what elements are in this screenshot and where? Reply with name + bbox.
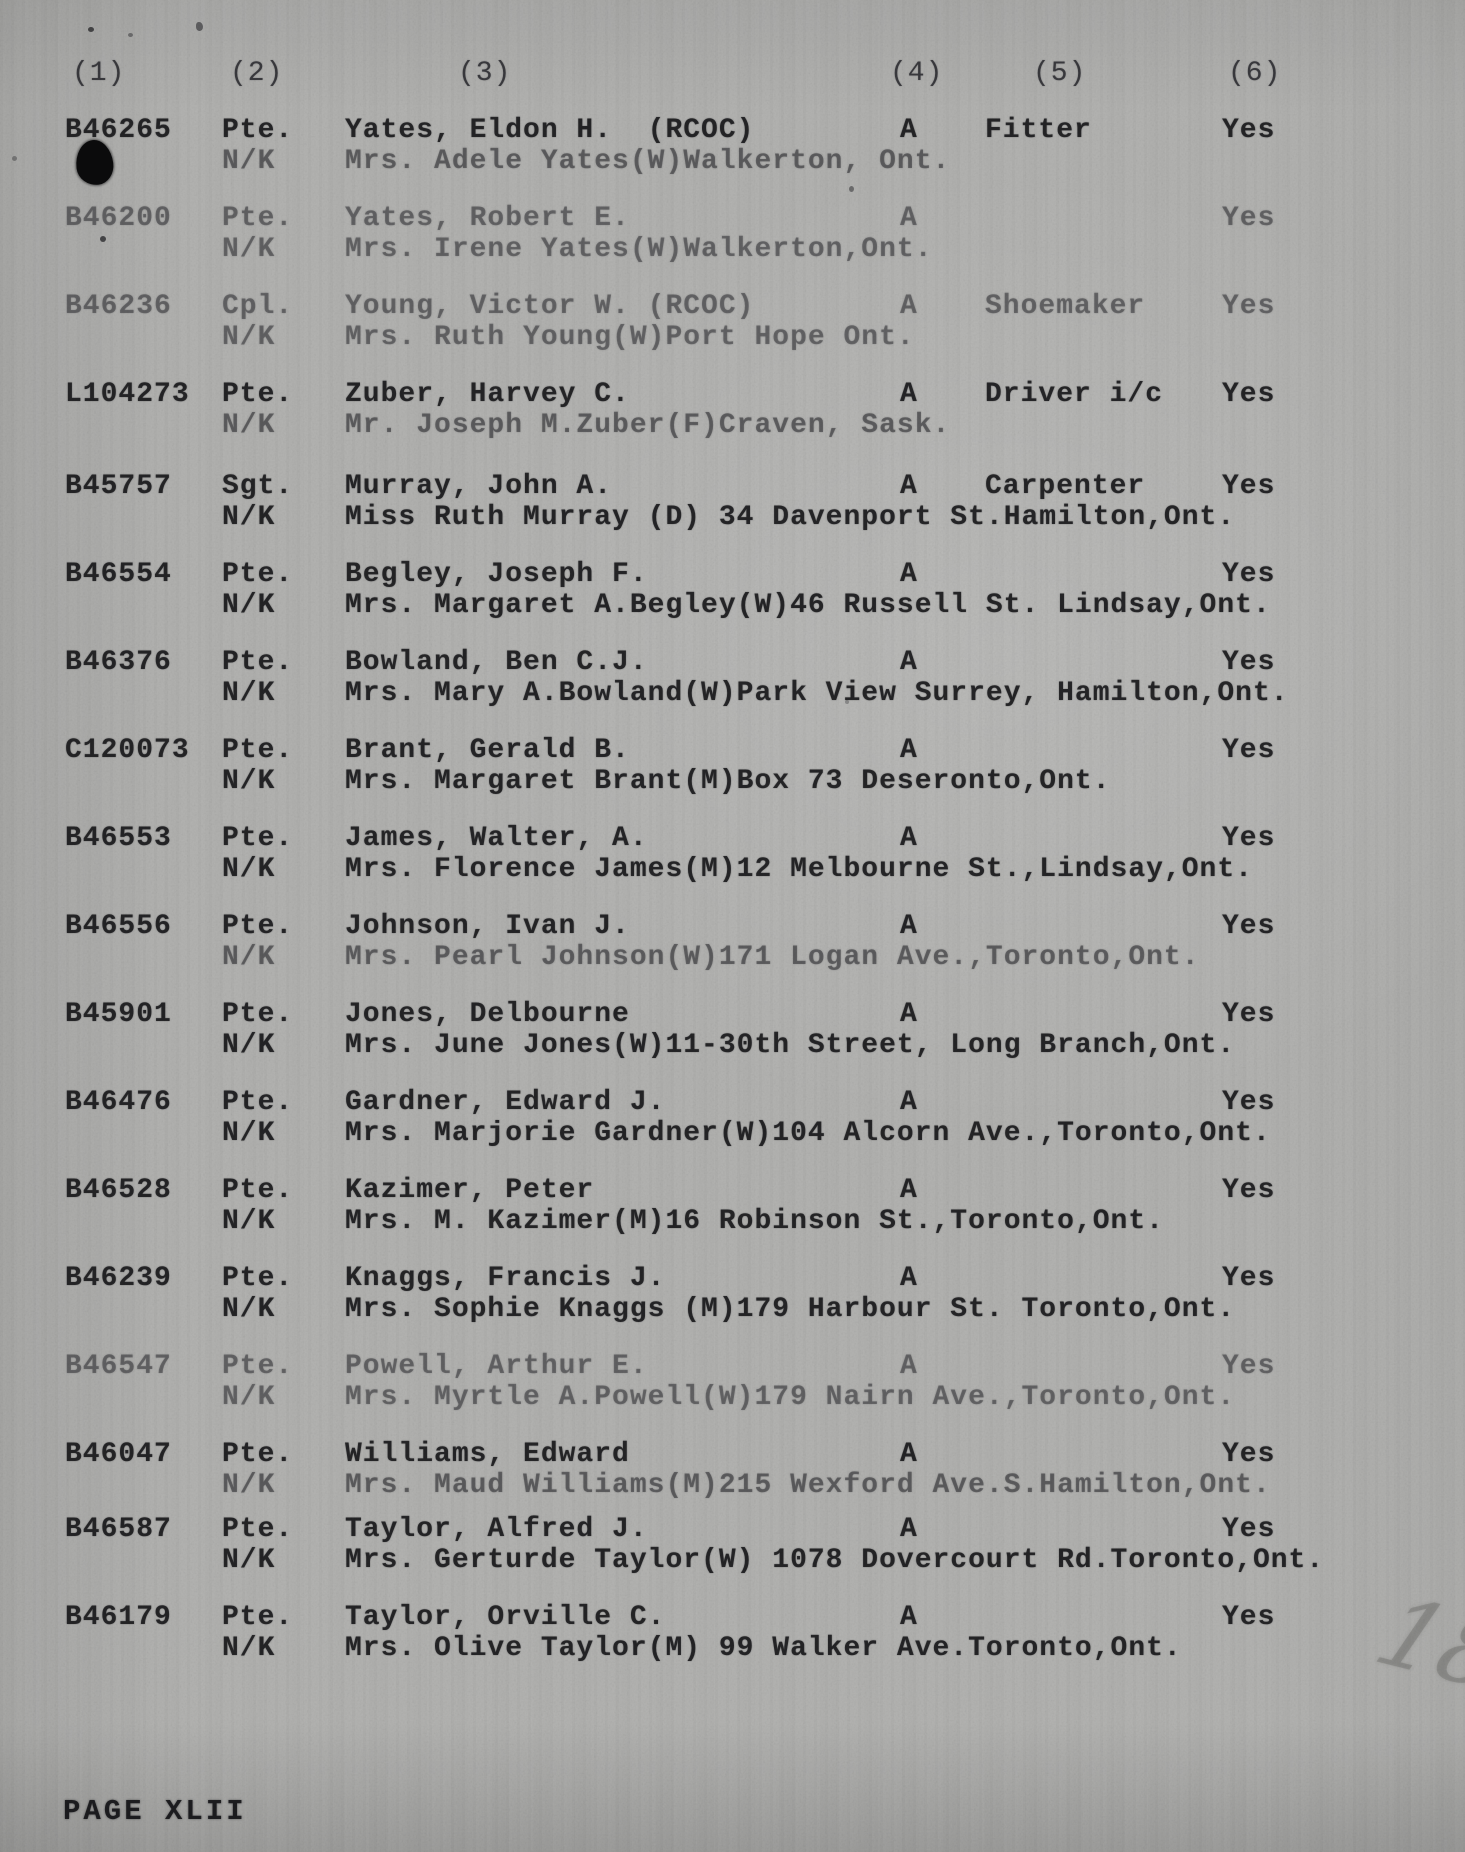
soldier-name: Taylor, Alfred J.	[345, 1514, 648, 1545]
nok-address: Mrs. Irene Yates(W)Walkerton,Ont.	[345, 234, 933, 265]
overseas-flag: Yes	[1222, 1602, 1275, 1633]
service-number: B46239	[65, 1263, 172, 1294]
service-number: B46265	[65, 115, 172, 146]
nok-address: Miss Ruth Murray (D) 34 Davenport St.Ham…	[345, 502, 1235, 533]
soldier-name: Zuber, Harvey C.	[345, 379, 630, 410]
service-number: B46556	[65, 911, 172, 942]
overseas-flag: Yes	[1222, 291, 1275, 322]
overseas-flag: Yes	[1222, 1351, 1275, 1382]
category: A	[900, 1514, 918, 1545]
roster-row: B46528 Pte. Kazimer, Peter A Yes N/K Mrs…	[0, 1175, 1465, 1237]
nok-address: Mr. Joseph M.Zuber(F)Craven, Sask.	[345, 410, 950, 441]
service-number: B46179	[65, 1602, 172, 1633]
nok-address: Mrs. M. Kazimer(M)16 Robinson St.,Toront…	[345, 1206, 1164, 1237]
trade: Carpenter	[985, 471, 1145, 502]
category: A	[900, 559, 918, 590]
rank: Pte.	[222, 823, 293, 854]
nok-address: Mrs. Ruth Young(W)Port Hope Ont.	[345, 322, 915, 353]
service-number: B46200	[65, 203, 172, 234]
ink-speck	[845, 700, 849, 704]
service-number: B46553	[65, 823, 172, 854]
rank: Sgt.	[222, 471, 293, 502]
roster-row: B45901 Pte. Jones, Delbourne A Yes N/K M…	[0, 999, 1465, 1061]
category: A	[900, 203, 918, 234]
rank: Pte.	[222, 115, 293, 146]
roster-row: B46047 Pte. Williams, Edward A Yes N/K M…	[0, 1439, 1465, 1501]
soldier-name: Kazimer, Peter	[345, 1175, 594, 1206]
roster-row: B46265 Pte. Yates, Eldon H. (RCOC) A Fit…	[0, 115, 1465, 177]
ink-speck	[196, 22, 203, 31]
nok-label: N/K	[222, 1030, 275, 1061]
roster-row: B46553 Pte. James, Walter, A. A Yes N/K …	[0, 823, 1465, 885]
nok-label: N/K	[222, 322, 275, 353]
roster-row: B46547 Pte. Powell, Arthur E. A Yes N/K …	[0, 1351, 1465, 1413]
rank: Pte.	[222, 1263, 293, 1294]
nok-address: Mrs. Olive Taylor(M) 99 Walker Ave.Toron…	[345, 1633, 1182, 1664]
soldier-name: Knaggs, Francis J.	[345, 1263, 665, 1294]
nok-label: N/K	[222, 1118, 275, 1149]
rank: Pte.	[222, 1602, 293, 1633]
overseas-flag: Yes	[1222, 1514, 1275, 1545]
trade: Driver i/c	[985, 379, 1163, 410]
overseas-flag: Yes	[1222, 115, 1275, 146]
trade: Shoemaker	[985, 291, 1145, 322]
service-number: B46528	[65, 1175, 172, 1206]
roster-row: L104273 Pte. Zuber, Harvey C. A Driver i…	[0, 379, 1465, 441]
soldier-name: Powell, Arthur E.	[345, 1351, 648, 1382]
service-number: B46547	[65, 1351, 172, 1382]
roster-row: B46587 Pte. Taylor, Alfred J. A Yes N/K …	[0, 1514, 1465, 1576]
category: A	[900, 647, 918, 678]
nok-address: Mrs. Margaret A.Begley(W)46 Russell St. …	[345, 590, 1271, 621]
category: A	[900, 1087, 918, 1118]
category: A	[900, 999, 918, 1030]
soldier-name: Bowland, Ben C.J.	[345, 647, 648, 678]
nok-address: Mrs. Marjorie Gardner(W)104 Alcorn Ave.,…	[345, 1118, 1271, 1149]
service-number: B46476	[65, 1087, 172, 1118]
rank: Pte.	[222, 647, 293, 678]
column-header-5: (5)	[1033, 58, 1086, 89]
column-header-3: (3)	[458, 58, 511, 89]
rank: Pte.	[222, 1514, 293, 1545]
roster-row: B46239 Pte. Knaggs, Francis J. A Yes N/K…	[0, 1263, 1465, 1325]
nok-label: N/K	[222, 1470, 275, 1501]
rank: Pte.	[222, 735, 293, 766]
service-number: L104273	[65, 379, 190, 410]
nok-address: Mrs. Pearl Johnson(W)171 Logan Ave.,Toro…	[345, 942, 1200, 973]
soldier-name: Gardner, Edward J.	[345, 1087, 665, 1118]
nok-label: N/K	[222, 1545, 275, 1576]
nok-label: N/K	[222, 1294, 275, 1325]
category: A	[900, 735, 918, 766]
category: A	[900, 471, 918, 502]
nok-address: Mrs. Maud Williams(M)215 Wexford Ave.S.H…	[345, 1470, 1271, 1501]
category: A	[900, 1263, 918, 1294]
column-header-1: (1)	[72, 58, 125, 89]
nok-label: N/K	[222, 1206, 275, 1237]
overseas-flag: Yes	[1222, 379, 1275, 410]
overseas-flag: Yes	[1222, 1439, 1275, 1470]
category: A	[900, 291, 918, 322]
ink-speck	[88, 27, 94, 32]
overseas-flag: Yes	[1222, 559, 1275, 590]
rank: Pte.	[222, 559, 293, 590]
nok-address: Mrs. Florence James(M)12 Melbourne St.,L…	[345, 854, 1253, 885]
ink-speck	[849, 186, 854, 192]
overseas-flag: Yes	[1222, 911, 1275, 942]
category: A	[900, 1351, 918, 1382]
column-header-4: (4)	[890, 58, 943, 89]
page-footer: PAGE XLII	[63, 1795, 247, 1828]
rank: Pte.	[222, 999, 293, 1030]
roster-row: B46236 Cpl. Young, Victor W. (RCOC) A Sh…	[0, 291, 1465, 353]
rank: Pte.	[222, 1175, 293, 1206]
column-header-2: (2)	[230, 58, 283, 89]
roster-row: B46200 Pte. Yates, Robert E. A Yes N/K M…	[0, 203, 1465, 265]
roster-row: B46556 Pte. Johnson, Ivan J. A Yes N/K M…	[0, 911, 1465, 973]
nok-address: Mrs. Mary A.Bowland(W)Park View Surrey, …	[345, 678, 1289, 709]
nok-address: Mrs. June Jones(W)11-30th Street, Long B…	[345, 1030, 1235, 1061]
rank: Cpl.	[222, 291, 293, 322]
soldier-name: Jones, Delbourne	[345, 999, 630, 1030]
soldier-name: Williams, Edward	[345, 1439, 630, 1470]
nok-label: N/K	[222, 766, 275, 797]
rank: Pte.	[222, 203, 293, 234]
nok-address: Mrs. Sophie Knaggs (M)179 Harbour St. To…	[345, 1294, 1235, 1325]
overseas-flag: Yes	[1222, 1175, 1275, 1206]
roster-row: B46179 Pte. Taylor, Orville C. A Yes N/K…	[0, 1602, 1465, 1664]
roster-row: B45757 Sgt. Murray, John A. A Carpenter …	[0, 471, 1465, 533]
service-number: B46376	[65, 647, 172, 678]
nok-label: N/K	[222, 678, 275, 709]
service-number: B46047	[65, 1439, 172, 1470]
roster-row: B46376 Pte. Bowland, Ben C.J. A Yes N/K …	[0, 647, 1465, 709]
service-number: B46554	[65, 559, 172, 590]
soldier-name: Johnson, Ivan J.	[345, 911, 630, 942]
soldier-name: Begley, Joseph F.	[345, 559, 648, 590]
service-number: B46236	[65, 291, 172, 322]
nok-label: N/K	[222, 1633, 275, 1664]
service-number: B46587	[65, 1514, 172, 1545]
category: A	[900, 379, 918, 410]
trade: Fitter	[985, 115, 1092, 146]
overseas-flag: Yes	[1222, 823, 1275, 854]
roster-table: B46265 Pte. Yates, Eldon H. (RCOC) A Fit…	[0, 115, 1465, 1690]
ink-speck	[100, 236, 106, 242]
category: A	[900, 115, 918, 146]
scanned-document-page: (1) (2) (3) (4) (5) (6) B46265 Pte. Yate…	[0, 0, 1465, 1852]
overseas-flag: Yes	[1222, 1263, 1275, 1294]
column-header-6: (6)	[1228, 58, 1281, 89]
nok-label: N/K	[222, 502, 275, 533]
category: A	[900, 1602, 918, 1633]
nok-label: N/K	[222, 1382, 275, 1413]
nok-label: N/K	[222, 854, 275, 885]
overseas-flag: Yes	[1222, 999, 1275, 1030]
nok-label: N/K	[222, 234, 275, 265]
service-number: B45757	[65, 471, 172, 502]
nok-address: Mrs. Margaret Brant(M)Box 73 Deseronto,O…	[345, 766, 1111, 797]
soldier-name: Murray, John A.	[345, 471, 612, 502]
soldier-name: Young, Victor W. (RCOC)	[345, 291, 754, 322]
category: A	[900, 823, 918, 854]
ink-speck	[128, 33, 133, 37]
soldier-name: Yates, Robert E.	[345, 203, 630, 234]
rank: Pte.	[222, 1351, 293, 1382]
soldier-name: Brant, Gerald B.	[345, 735, 630, 766]
category: A	[900, 1439, 918, 1470]
soldier-name: Yates, Eldon H. (RCOC)	[345, 115, 754, 146]
rank: Pte.	[222, 911, 293, 942]
roster-row: C120073 Pte. Brant, Gerald B. A Yes N/K …	[0, 735, 1465, 797]
roster-row: B46554 Pte. Begley, Joseph F. A Yes N/K …	[0, 559, 1465, 621]
nok-label: N/K	[222, 942, 275, 973]
nok-label: N/K	[222, 590, 275, 621]
ink-speck	[12, 156, 17, 161]
overseas-flag: Yes	[1222, 1087, 1275, 1118]
nok-label: N/K	[222, 410, 275, 441]
soldier-name: James, Walter, A.	[345, 823, 648, 854]
roster-row: B46476 Pte. Gardner, Edward J. A Yes N/K…	[0, 1087, 1465, 1149]
overseas-flag: Yes	[1222, 735, 1275, 766]
rank: Pte.	[222, 1439, 293, 1470]
rank: Pte.	[222, 1087, 293, 1118]
nok-address: Mrs. Adele Yates(W)Walkerton, Ont.	[345, 146, 950, 177]
category: A	[900, 911, 918, 942]
overseas-flag: Yes	[1222, 647, 1275, 678]
nok-address: Mrs. Myrtle A.Powell(W)179 Nairn Ave.,To…	[345, 1382, 1235, 1413]
nok-address: Mrs. Gerturde Taylor(W) 1078 Dovercourt …	[345, 1545, 1324, 1576]
nok-label: N/K	[222, 146, 275, 177]
rank: Pte.	[222, 379, 293, 410]
overseas-flag: Yes	[1222, 203, 1275, 234]
category: A	[900, 1175, 918, 1206]
column-header-row: (1) (2) (3) (4) (5) (6)	[0, 58, 1465, 100]
service-number: C120073	[65, 735, 190, 766]
soldier-name: Taylor, Orville C.	[345, 1602, 665, 1633]
overseas-flag: Yes	[1222, 471, 1275, 502]
service-number: B45901	[65, 999, 172, 1030]
